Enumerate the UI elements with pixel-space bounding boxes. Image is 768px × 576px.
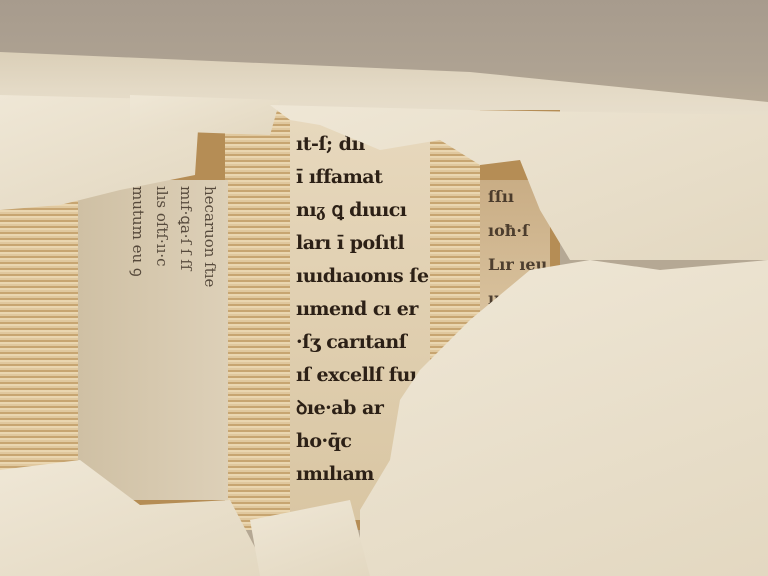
- manuscript-fragment-left: hecaruon ſtıe mıf·ꝗa·ſ ſ ſſ ılıs oſtſ·ıı…: [78, 180, 228, 500]
- manuscript-line: ı̄ ıffamat: [296, 161, 424, 194]
- manuscript-line: ıımend cı er: [296, 293, 424, 326]
- manuscript-line: ıſ excellſ fuı: [296, 359, 424, 392]
- manuscript-line: hecaruon ſtıe: [198, 186, 222, 494]
- manuscript-line: ·ſʒ carıtanſ: [296, 326, 424, 359]
- manuscript-line: ları ı̄ poſıtl: [296, 227, 424, 260]
- manuscript-line: ıoħ·ſ: [480, 214, 550, 248]
- sewing-band: [225, 110, 295, 530]
- manuscript-line: ılıs oſtſ·ıı·c: [150, 186, 174, 494]
- manuscript-line: nıᵹ ꝗ dıuıcı: [296, 194, 424, 227]
- manuscript-line: ıuıdıaıonıs ſe: [296, 260, 424, 293]
- torn-parchment-cover: [130, 95, 280, 135]
- manuscript-line: mıf·ꝗa·ſ ſ ſſ: [174, 186, 198, 494]
- manuscript-line: mutum eu ꝯ: [126, 186, 150, 494]
- photo-scene: hecaruon ſtıe mıf·ꝗa·ſ ſ ſſ ılıs oſtſ·ıı…: [0, 0, 768, 576]
